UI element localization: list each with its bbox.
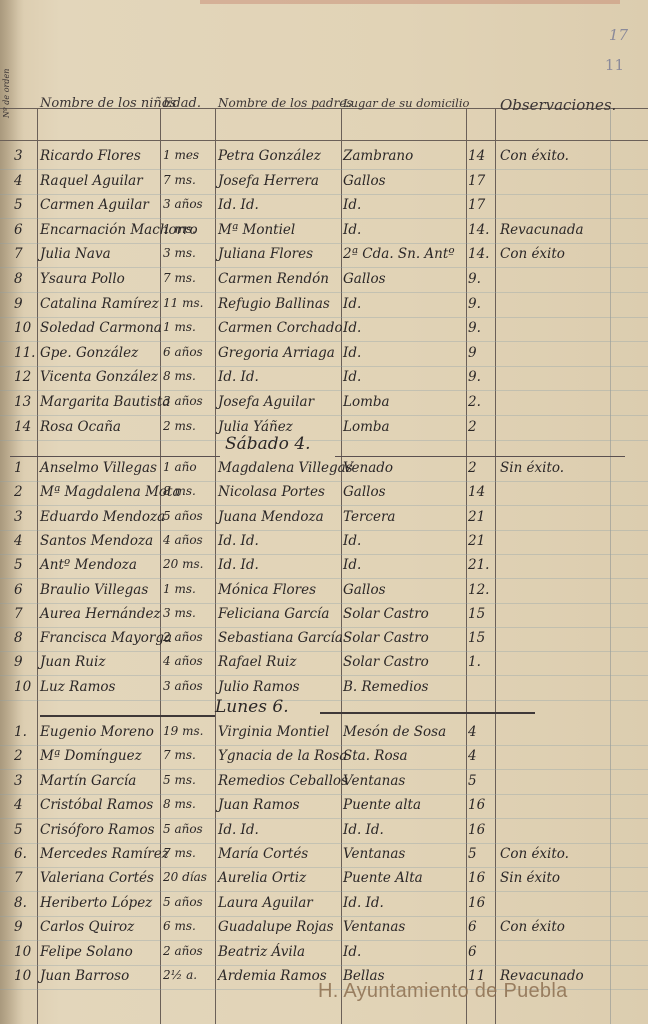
ruled-line bbox=[0, 530, 648, 531]
section-sabado: Sábado 4. bbox=[225, 434, 311, 454]
child-name: Valeriana Cortés bbox=[40, 870, 154, 886]
residence: 2ª Cda. Sn. Antº bbox=[343, 246, 455, 262]
parent-name: Virginia Montiel bbox=[218, 724, 329, 740]
child-age: 7 ms. bbox=[163, 173, 196, 187]
residence: Id. Id. bbox=[343, 895, 384, 911]
parent-name: Ardemia Ramos bbox=[218, 968, 327, 984]
parent-name: Id. Id. bbox=[218, 197, 259, 213]
ruled-line bbox=[0, 292, 648, 293]
residence: Id. bbox=[343, 320, 361, 336]
house-number: 21 bbox=[468, 533, 485, 549]
section-rule-left bbox=[10, 456, 220, 457]
parent-name: Aurelia Ortiz bbox=[218, 870, 306, 886]
residence: Gallos bbox=[343, 484, 386, 500]
row-number: 7 bbox=[14, 606, 23, 622]
house-number: 14 bbox=[468, 484, 485, 500]
parent-name: Magdalena Villegas bbox=[218, 460, 353, 476]
parent-name: Id. Id. bbox=[218, 533, 259, 549]
child-name: Braulio Villegas bbox=[40, 582, 148, 598]
house-number: 16 bbox=[468, 822, 485, 838]
house-number: 16 bbox=[468, 870, 485, 886]
row-number: 8 bbox=[14, 271, 23, 287]
house-number: 15 bbox=[468, 630, 485, 646]
parent-name: Carmen Corchado bbox=[218, 320, 343, 336]
child-age: 1 año bbox=[163, 460, 197, 474]
house-number: 9. bbox=[468, 320, 481, 336]
child-age: 7 ms. bbox=[163, 271, 196, 285]
observation: Revacunada bbox=[500, 222, 584, 238]
row-number: 12 bbox=[14, 369, 31, 385]
parent-name: Sebastiana García bbox=[218, 630, 343, 646]
child-name: Soledad Carmona bbox=[40, 320, 162, 336]
residence: Sta. Rosa bbox=[343, 748, 408, 764]
residence: Mesón de Sosa bbox=[343, 724, 446, 740]
row-number: 10 bbox=[14, 944, 31, 960]
residence: Ventanas bbox=[343, 773, 405, 789]
residence: Ventanas bbox=[343, 919, 405, 935]
house-number: 9. bbox=[468, 296, 481, 312]
row-number: 10 bbox=[14, 968, 31, 984]
parent-name: Julio Ramos bbox=[218, 679, 300, 695]
row-number: 1 bbox=[14, 460, 23, 476]
house-number: 17 bbox=[468, 173, 485, 189]
child-name: Santos Mendoza bbox=[40, 533, 153, 549]
row-number: 3 bbox=[14, 148, 23, 164]
ruled-line bbox=[0, 218, 648, 219]
ruled-line bbox=[0, 651, 648, 652]
ruled-line bbox=[0, 194, 648, 195]
parent-name: Josefa Aguilar bbox=[218, 394, 314, 410]
child-name: Catalina Ramírez bbox=[40, 296, 159, 312]
ruled-line bbox=[0, 267, 648, 268]
house-number: 12. bbox=[468, 582, 489, 598]
ruled-line bbox=[0, 769, 648, 770]
child-age: 1 ms. bbox=[163, 222, 196, 236]
residence: Puente Alta bbox=[343, 870, 423, 886]
observation: Con éxito. bbox=[500, 148, 569, 164]
table-header: Nº de orden Nombre de los niños Edad. No… bbox=[0, 96, 648, 136]
parent-name: Id. Id. bbox=[218, 822, 259, 838]
ruled-line bbox=[0, 867, 648, 868]
header-age: Edad. bbox=[163, 96, 201, 111]
header-num: Nº de orden bbox=[2, 69, 11, 118]
child-age: 1 ms. bbox=[163, 320, 196, 334]
child-name: Juan Barroso bbox=[40, 968, 129, 984]
child-name: Aurea Hernández bbox=[40, 606, 161, 622]
observation: Con éxito. bbox=[500, 846, 569, 862]
row-number: 4 bbox=[14, 533, 23, 549]
row-number: 10 bbox=[14, 679, 31, 695]
watermark: H. Ayuntamiento de Puebla bbox=[318, 980, 568, 1003]
ruled-line bbox=[0, 603, 648, 604]
row-number: 7 bbox=[14, 246, 23, 262]
row-number: 13 bbox=[14, 394, 31, 410]
house-number: 6 bbox=[468, 919, 477, 935]
parent-name: Carmen Rendón bbox=[218, 271, 329, 287]
child-age: 20 ms. bbox=[163, 557, 203, 571]
parent-name: Remedios Ceballos bbox=[218, 773, 348, 789]
folio-mark: 11 bbox=[605, 56, 624, 74]
row-number: 3 bbox=[14, 773, 23, 789]
ruled-line bbox=[0, 627, 648, 628]
residence: Gallos bbox=[343, 271, 386, 287]
header-name: Nombre de los niños bbox=[40, 96, 176, 111]
child-name: Julia Nava bbox=[40, 246, 111, 262]
child-name: Mª Domínguez bbox=[40, 748, 142, 764]
house-number: 9. bbox=[468, 369, 481, 385]
child-name: Francisca Mayorga bbox=[40, 630, 172, 646]
header-place: Lugar de su domicilio bbox=[343, 96, 469, 110]
ruled-line bbox=[0, 965, 648, 966]
house-number: 6 bbox=[468, 944, 477, 960]
child-age: 3 años bbox=[163, 394, 203, 408]
row-number: 6 bbox=[14, 582, 23, 598]
residence: Id. bbox=[343, 557, 361, 573]
house-number: 2 bbox=[468, 460, 477, 476]
child-name: Ricardo Flores bbox=[40, 148, 141, 164]
row-number: 7 bbox=[14, 870, 23, 886]
folio-number: 17 bbox=[609, 26, 628, 44]
ruled-line bbox=[0, 745, 648, 746]
residence: Solar Castro bbox=[343, 654, 429, 670]
row-number: 8 bbox=[14, 630, 23, 646]
child-name: Felipe Solano bbox=[40, 944, 133, 960]
ruled-line bbox=[0, 843, 648, 844]
child-name: Crisóforo Ramos bbox=[40, 822, 155, 838]
child-age: 2 años bbox=[163, 630, 203, 644]
child-age: 5 años bbox=[163, 509, 203, 523]
house-number: 14 bbox=[468, 148, 485, 164]
residence: Id. bbox=[343, 533, 361, 549]
house-number: 21. bbox=[468, 557, 489, 573]
row-number: 9 bbox=[14, 296, 23, 312]
observation: Sin éxito bbox=[500, 870, 560, 886]
parent-name: Feliciana García bbox=[218, 606, 329, 622]
child-age: 5 años bbox=[163, 895, 203, 909]
house-number: 9 bbox=[468, 345, 477, 361]
ruled-line bbox=[0, 916, 648, 917]
parent-name: Beatriz Ávila bbox=[218, 944, 305, 960]
row-number: 4 bbox=[14, 797, 23, 813]
observation: Con éxito bbox=[500, 919, 565, 935]
ruled-line bbox=[0, 481, 648, 482]
row-number: 2 bbox=[14, 748, 23, 764]
row-number: 5 bbox=[14, 822, 23, 838]
house-number: 4 bbox=[468, 724, 477, 740]
ruled-line bbox=[0, 505, 648, 506]
residence: Id. bbox=[343, 345, 361, 361]
child-name: Raquel Aguilar bbox=[40, 173, 143, 189]
child-name: Antº Mendoza bbox=[40, 557, 137, 573]
house-number: 5 bbox=[468, 773, 477, 789]
child-name: Rosa Ocaña bbox=[40, 419, 121, 435]
residence: Id. bbox=[343, 944, 361, 960]
parent-name: Nicolasa Portes bbox=[218, 484, 325, 500]
parent-name: Guadalupe Rojas bbox=[218, 919, 334, 935]
section-rule-right-2 bbox=[320, 712, 535, 714]
row-number: 4 bbox=[14, 173, 23, 189]
residence: Id. bbox=[343, 369, 361, 385]
child-name: Margarita Bautista bbox=[40, 394, 170, 410]
header-obs: Observaciones. bbox=[500, 96, 616, 114]
residence: Gallos bbox=[343, 173, 386, 189]
ruled-line bbox=[0, 700, 648, 701]
child-age: 5 ms. bbox=[163, 773, 196, 787]
residence: Venado bbox=[343, 460, 393, 476]
residence: Tercera bbox=[343, 509, 395, 525]
residence: Lomba bbox=[343, 394, 390, 410]
child-name: Carlos Quiroz bbox=[40, 919, 134, 935]
row-number: 10 bbox=[14, 320, 31, 336]
section-rule-right bbox=[335, 456, 625, 457]
row-number: 2 bbox=[14, 484, 23, 500]
child-name: Luz Ramos bbox=[40, 679, 115, 695]
child-age: 4 años bbox=[163, 533, 203, 547]
header-bottom-rule bbox=[0, 140, 648, 141]
residence: Solar Castro bbox=[343, 606, 429, 622]
residence: B. Remedios bbox=[343, 679, 428, 695]
child-age: 11 ms. bbox=[163, 296, 203, 310]
child-name: Heriberto López bbox=[40, 895, 152, 911]
child-age: 3 años bbox=[163, 197, 203, 211]
row-number: 14 bbox=[14, 419, 31, 435]
residence: Id. Id. bbox=[343, 822, 384, 838]
house-number: 14. bbox=[468, 246, 489, 262]
child-age: 8 ms. bbox=[163, 797, 196, 811]
child-name: Vicenta González bbox=[40, 369, 158, 385]
row-number: 1. bbox=[14, 724, 27, 740]
row-number: 9 bbox=[14, 919, 23, 935]
child-age: 3 ms. bbox=[163, 606, 196, 620]
child-age: 5 años bbox=[163, 822, 203, 836]
house-number: 15 bbox=[468, 606, 485, 622]
house-number: 21 bbox=[468, 509, 485, 525]
row-number: 3 bbox=[14, 509, 23, 525]
child-age: 4 años bbox=[163, 654, 203, 668]
ruled-line bbox=[0, 440, 648, 441]
parent-name: Juan Ramos bbox=[218, 797, 300, 813]
section-lunes: Lunes 6. bbox=[215, 697, 289, 717]
ruled-line bbox=[0, 341, 648, 342]
row-number: 6. bbox=[14, 846, 27, 862]
observation: Con éxito bbox=[500, 246, 565, 262]
child-name: Juan Ruiz bbox=[40, 654, 105, 670]
row-number: 8. bbox=[14, 895, 27, 911]
child-name: Ysaura Pollo bbox=[40, 271, 125, 287]
parent-name: Id. Id. bbox=[218, 369, 259, 385]
residence: Zambrano bbox=[343, 148, 413, 164]
child-name: Mª Magdalena Mota bbox=[40, 484, 181, 500]
row-number: 9 bbox=[14, 654, 23, 670]
child-age: 6 años bbox=[163, 345, 203, 359]
row-number: 5 bbox=[14, 557, 23, 573]
row-number: 6 bbox=[14, 222, 23, 238]
section-rule-left-2 bbox=[40, 715, 215, 717]
child-age: 3 ms. bbox=[163, 246, 196, 260]
parent-name: María Cortés bbox=[218, 846, 308, 862]
child-age: 2 ms. bbox=[163, 419, 196, 433]
house-number: 2 bbox=[468, 419, 477, 435]
house-number: 2. bbox=[468, 394, 481, 410]
child-age: 2½ a. bbox=[163, 968, 197, 982]
residence: Id. bbox=[343, 296, 361, 312]
observation: Sin éxito. bbox=[500, 460, 564, 476]
parent-name: Rafael Ruiz bbox=[218, 654, 296, 670]
parent-name: Id. Id. bbox=[218, 557, 259, 573]
residence: Lomba bbox=[343, 419, 390, 435]
ruled-line bbox=[0, 891, 648, 892]
ruled-line bbox=[0, 169, 648, 170]
child-age: 1 ms. bbox=[163, 582, 196, 596]
row-number: 5 bbox=[14, 197, 23, 213]
row-number: 11. bbox=[14, 345, 35, 361]
child-name: Eduardo Mendoza bbox=[40, 509, 165, 525]
child-age: 2 años bbox=[163, 944, 203, 958]
house-number: 16 bbox=[468, 895, 485, 911]
residence: Puente alta bbox=[343, 797, 421, 813]
residence: Ventanas bbox=[343, 846, 405, 862]
child-age: 8 ms. bbox=[163, 484, 196, 498]
child-name: Martín García bbox=[40, 773, 136, 789]
ruled-line bbox=[0, 366, 648, 367]
ruled-line bbox=[0, 675, 648, 676]
house-number: 9. bbox=[468, 271, 481, 287]
child-name: Mercedes Ramírez bbox=[40, 846, 169, 862]
house-number: 16 bbox=[468, 797, 485, 813]
child-name: Cristóbal Ramos bbox=[40, 797, 153, 813]
house-number: 4 bbox=[468, 748, 477, 764]
parent-name: Juana Mendoza bbox=[218, 509, 324, 525]
parent-name: Ygnacia de la Rosa bbox=[218, 748, 347, 764]
child-age: 3 años bbox=[163, 679, 203, 693]
top-edge-mark bbox=[200, 0, 620, 4]
ruled-line bbox=[0, 940, 648, 941]
child-name: Gpe. González bbox=[40, 345, 138, 361]
parent-name: Juliana Flores bbox=[218, 246, 313, 262]
parent-name: Julia Yáñez bbox=[218, 419, 293, 435]
parent-name: Petra González bbox=[218, 148, 321, 164]
child-age: 7 ms. bbox=[163, 748, 196, 762]
header-parents: Nombre de los padres bbox=[218, 96, 353, 110]
ruled-line bbox=[0, 794, 648, 795]
ruled-line bbox=[0, 317, 648, 318]
child-age: 20 días bbox=[163, 870, 207, 884]
ruled-line bbox=[0, 243, 648, 244]
child-age: 6 ms. bbox=[163, 919, 196, 933]
child-age: 8 ms. bbox=[163, 369, 196, 383]
residence: Solar Castro bbox=[343, 630, 429, 646]
child-age: 19 ms. bbox=[163, 724, 203, 738]
ruled-line bbox=[0, 818, 648, 819]
child-age: 1 mes bbox=[163, 148, 199, 162]
parent-name: Josefa Herrera bbox=[218, 173, 319, 189]
residence: Id. bbox=[343, 222, 361, 238]
parent-name: Mª Montiel bbox=[218, 222, 295, 238]
ruled-line bbox=[0, 578, 648, 579]
child-name: Eugenio Moreno bbox=[40, 724, 154, 740]
house-number: 17 bbox=[468, 197, 485, 213]
parent-name: Refugio Ballinas bbox=[218, 296, 330, 312]
child-name: Carmen Aguilar bbox=[40, 197, 149, 213]
child-age: 7 ms. bbox=[163, 846, 196, 860]
residence: Gallos bbox=[343, 582, 386, 598]
ruled-line bbox=[0, 554, 648, 555]
parent-name: Mónica Flores bbox=[218, 582, 316, 598]
house-number: 14. bbox=[468, 222, 489, 238]
house-number: 5 bbox=[468, 846, 477, 862]
parent-name: Gregoria Arriaga bbox=[218, 345, 335, 361]
ruled-line bbox=[0, 415, 648, 416]
residence: Id. bbox=[343, 197, 361, 213]
ruled-line bbox=[0, 390, 648, 391]
child-name: Anselmo Villegas bbox=[40, 460, 157, 476]
parent-name: Laura Aguilar bbox=[218, 895, 313, 911]
house-number: 1. bbox=[468, 654, 481, 670]
ledger-page: 17 11 Nº de orden Nombre de los niños Ed… bbox=[0, 0, 648, 1024]
